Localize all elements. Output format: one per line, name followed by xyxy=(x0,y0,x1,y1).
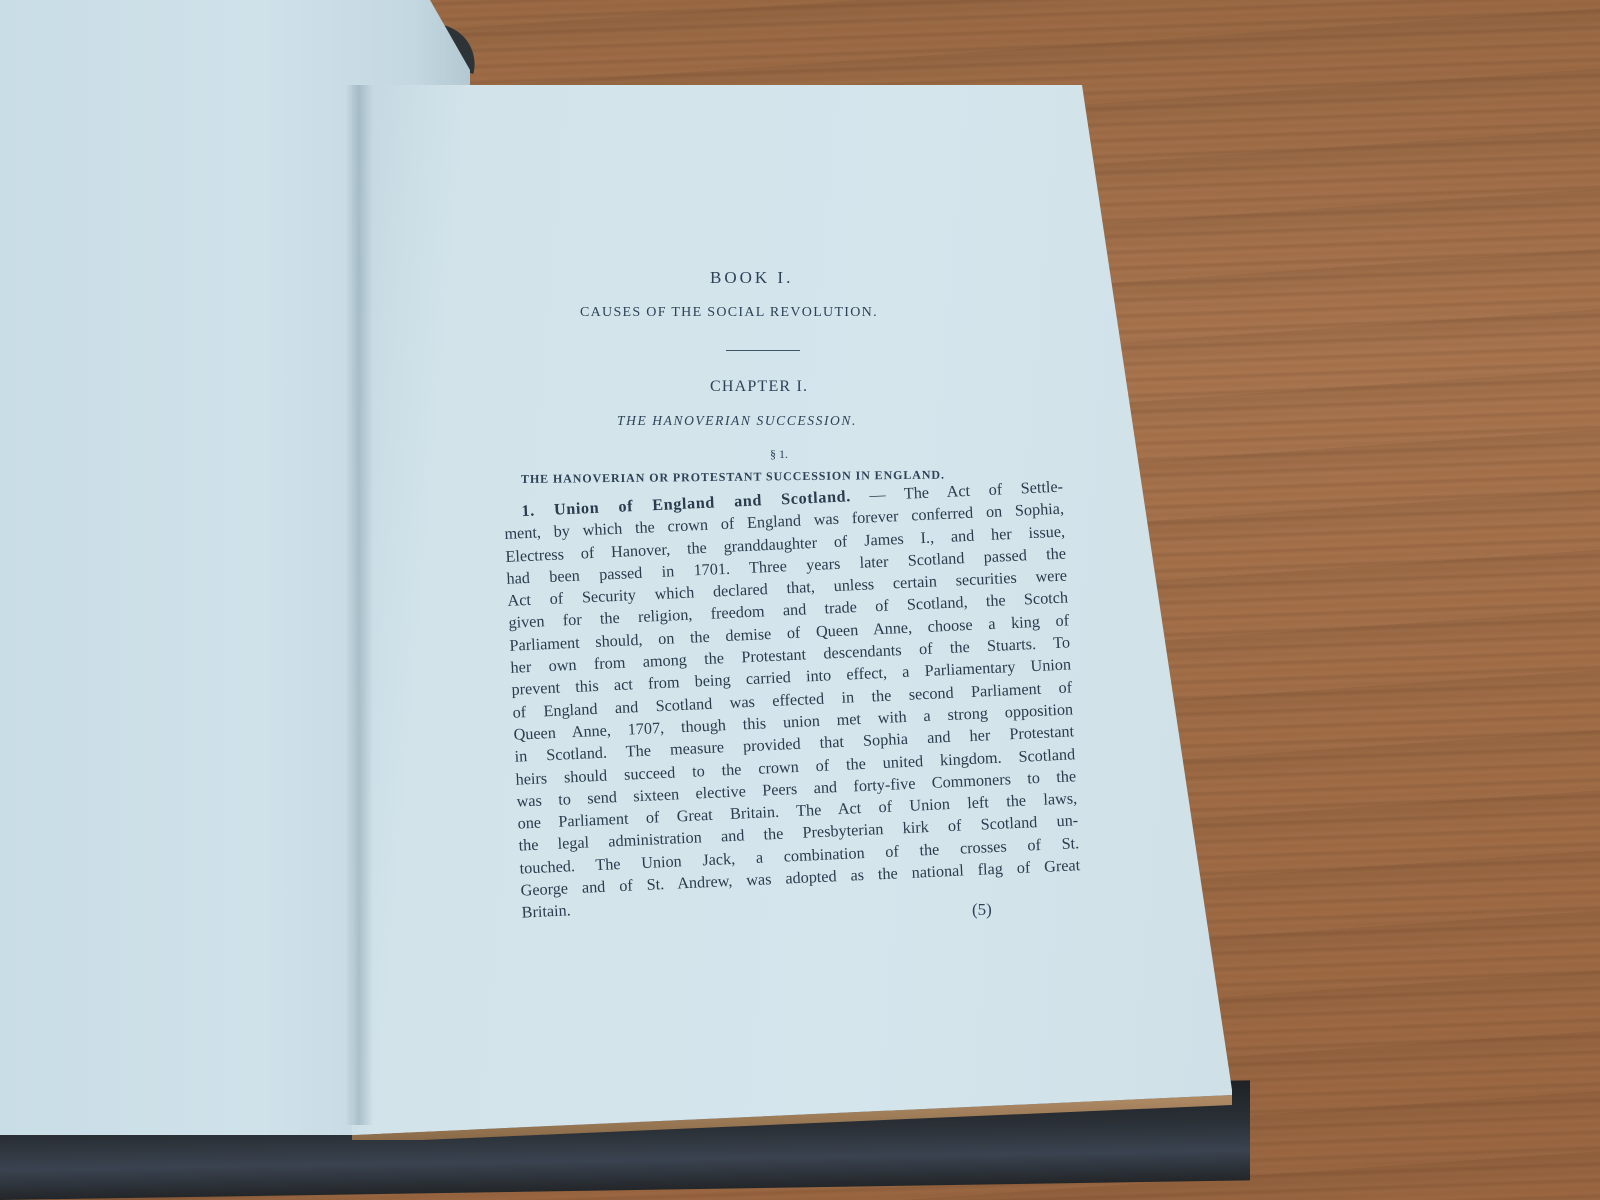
chapter-heading: CHAPTER I. xyxy=(710,378,808,396)
page-number: (5) xyxy=(972,900,992,920)
book-title: BOOK I. xyxy=(710,268,793,288)
chapter-title: THE HANOVERIAN SUCCESSION. xyxy=(617,413,857,429)
page-content: BOOK I. CAUSES OF THE SOCIAL REVOLUTION.… xyxy=(0,0,1600,1200)
divider-rule xyxy=(726,350,800,351)
section-mark: § 1. xyxy=(770,447,788,462)
body-paragraph: 1. Union of England and Scotland. — The … xyxy=(503,476,1082,925)
book-subtitle: CAUSES OF THE SOCIAL REVOLUTION. xyxy=(580,305,878,321)
